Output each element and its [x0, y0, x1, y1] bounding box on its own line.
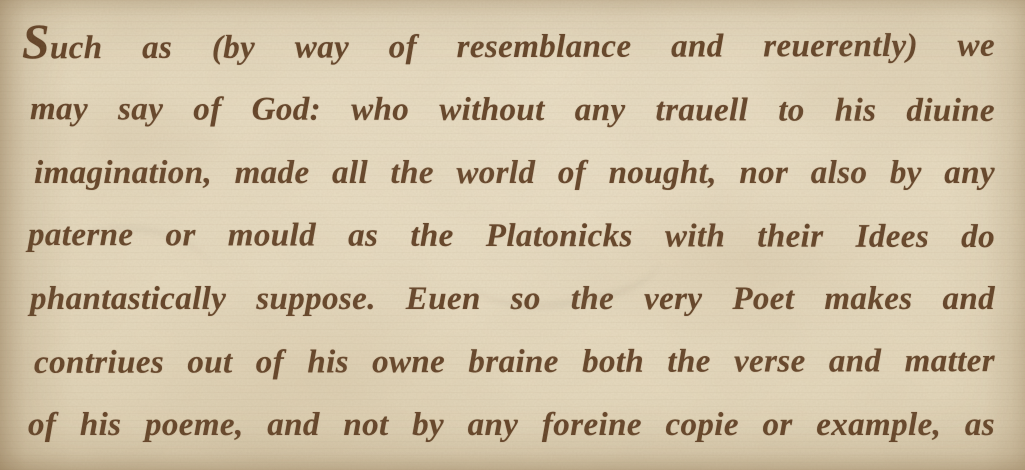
manuscript-line: may say of God: who without any trauell … [22, 78, 995, 143]
manuscript-line: phantastically suppose. Euen so the very… [22, 268, 995, 331]
manuscript-line: imagination, made all the world of nough… [22, 142, 995, 205]
manuscript-line: contriues out of his owne braine both th… [22, 330, 995, 395]
manuscript-line: Such as (by way of resemblance and reuer… [22, 15, 995, 81]
manuscript-line: paterne or mould as the Platonicks with … [22, 204, 995, 269]
manuscript-page: Such as (by way of resemblance and reuer… [0, 0, 1025, 470]
manuscript-line: of his poeme, and not by any foreine cop… [22, 394, 995, 457]
manuscript-text: Such as (by way of resemblance and reuer… [22, 16, 995, 457]
